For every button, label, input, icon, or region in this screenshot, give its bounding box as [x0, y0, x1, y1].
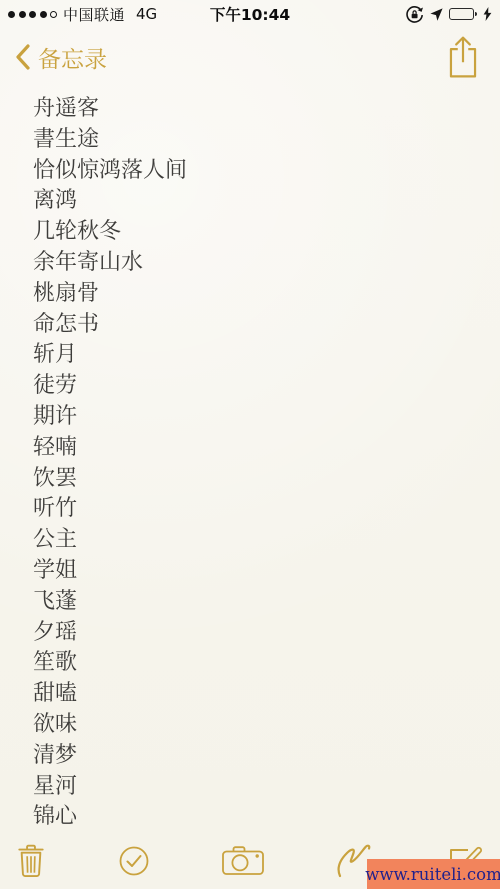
- note-line[interactable]: 欲味: [33, 710, 480, 741]
- trash-icon: [16, 844, 46, 878]
- orientation-lock-icon: [405, 5, 424, 24]
- note-line[interactable]: 学姐: [33, 556, 480, 587]
- back-button[interactable]: 备忘录: [15, 41, 107, 74]
- status-left: 中国联通 4G: [8, 4, 157, 25]
- network-type-label: 4G: [136, 5, 157, 23]
- note-line[interactable]: 听竹: [33, 494, 480, 525]
- camera-icon: [222, 846, 264, 876]
- note-line[interactable]: 斩月: [33, 340, 480, 371]
- carrier-label: 中国联通: [63, 4, 125, 25]
- status-bar: 中国联通 4G 下午10:44: [0, 0, 500, 28]
- camera-button[interactable]: [222, 846, 264, 876]
- iphone-notes-screen: 中国联通 4G 下午10:44: [0, 0, 500, 889]
- signal-dot: [8, 11, 15, 18]
- watermark-banner: www.ruiteli.com: [367, 859, 500, 889]
- note-line[interactable]: 書生途: [33, 125, 480, 156]
- note-line[interactable]: 轻喃: [33, 433, 480, 464]
- share-icon: [445, 35, 481, 79]
- note-line[interactable]: 余年寄山水: [33, 248, 480, 279]
- note-line[interactable]: 甜嗑: [33, 679, 480, 710]
- note-line[interactable]: 舟遥客: [33, 94, 480, 125]
- note-body[interactable]: 舟遥客書生途恰似惊鸿落人间离鸿几轮秋冬余年寄山水桃扇骨命怎书斩月徒劳期许轻喃饮罢…: [0, 94, 500, 829]
- note-line[interactable]: 命怎书: [33, 310, 480, 341]
- note-line[interactable]: 清梦: [33, 741, 480, 772]
- note-line[interactable]: 离鸿: [33, 186, 480, 217]
- note-line[interactable]: 飞蓬: [33, 587, 480, 618]
- share-button[interactable]: [445, 35, 481, 79]
- checklist-button[interactable]: [118, 845, 150, 877]
- location-arrow-icon: [430, 8, 443, 21]
- note-line[interactable]: 徒劳: [33, 371, 480, 402]
- status-right: [405, 5, 492, 24]
- back-button-label: 备忘录: [38, 41, 107, 74]
- signal-strength-icon: [8, 11, 57, 18]
- note-line[interactable]: 夕瑶: [33, 618, 480, 649]
- check-circle-icon: [118, 845, 150, 877]
- watermark-text: www.ruiteli.com: [365, 865, 500, 884]
- nav-bar: 备忘录: [0, 28, 500, 86]
- note-line[interactable]: 笙歌: [33, 648, 480, 679]
- note-line[interactable]: 饮罢: [33, 464, 480, 495]
- note-line[interactable]: 星河: [33, 772, 480, 803]
- note-line[interactable]: 锦心: [33, 802, 480, 833]
- signal-dot: [19, 11, 26, 18]
- signal-dot: [50, 11, 57, 18]
- note-line[interactable]: 几轮秋冬: [33, 217, 480, 248]
- battery-icon: [449, 8, 477, 20]
- note-line[interactable]: 公主: [33, 525, 480, 556]
- note-line[interactable]: 桃扇骨: [33, 279, 480, 310]
- trash-button[interactable]: [16, 844, 46, 878]
- charging-bolt-icon: [483, 7, 492, 21]
- chevron-left-icon: [15, 44, 30, 70]
- note-line[interactable]: 恰似惊鸿落人间: [33, 156, 480, 187]
- signal-dot: [40, 11, 47, 18]
- signal-dot: [29, 11, 36, 18]
- note-line[interactable]: 期许: [33, 402, 480, 433]
